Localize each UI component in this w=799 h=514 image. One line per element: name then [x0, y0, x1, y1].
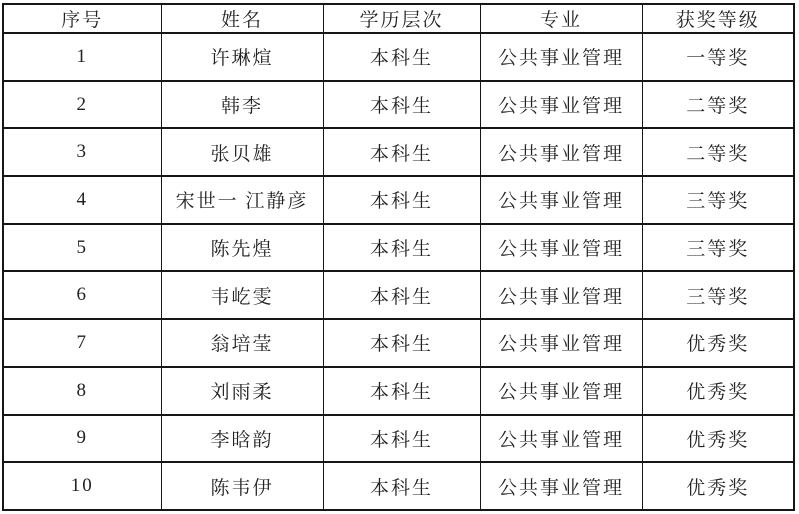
cell-award: 三等奖	[642, 176, 794, 224]
cell-degree: 本科生	[323, 128, 480, 176]
cell-major: 公共事业管理	[480, 128, 642, 176]
table-row: 1 许琳煊 本科生 公共事业管理 一等奖	[3, 33, 794, 81]
cell-index: 6	[3, 271, 161, 319]
cell-index: 10	[3, 462, 161, 510]
cell-name: 宋世一 江静彦	[161, 176, 323, 224]
cell-name: 李晗韵	[161, 415, 323, 463]
cell-index: 1	[3, 33, 161, 81]
cell-name: 韩李	[161, 81, 323, 129]
cell-name: 陈先煌	[161, 224, 323, 272]
cell-major: 公共事业管理	[480, 224, 642, 272]
cell-award: 三等奖	[642, 224, 794, 272]
cell-name: 翁培莹	[161, 319, 323, 367]
cell-degree: 本科生	[323, 462, 480, 510]
cell-index: 8	[3, 367, 161, 415]
cell-major: 公共事业管理	[480, 319, 642, 367]
header-row: 序号 姓名 学历层次 专业 获奖等级	[3, 4, 794, 33]
cell-degree: 本科生	[323, 81, 480, 129]
cell-major: 公共事业管理	[480, 415, 642, 463]
cell-name: 许琳煊	[161, 33, 323, 81]
cell-major: 公共事业管理	[480, 81, 642, 129]
cell-degree: 本科生	[323, 224, 480, 272]
table-row: 7 翁培莹 本科生 公共事业管理 优秀奖	[3, 319, 794, 367]
cell-name: 陈韦伊	[161, 462, 323, 510]
cell-major: 公共事业管理	[480, 367, 642, 415]
cell-major: 公共事业管理	[480, 271, 642, 319]
cell-major: 公共事业管理	[480, 462, 642, 510]
cell-degree: 本科生	[323, 33, 480, 81]
column-header-index: 序号	[3, 4, 161, 33]
cell-degree: 本科生	[323, 367, 480, 415]
cell-name: 刘雨柔	[161, 367, 323, 415]
cell-award: 二等奖	[642, 81, 794, 129]
cell-index: 4	[3, 176, 161, 224]
cell-degree: 本科生	[323, 415, 480, 463]
table-row: 8 刘雨柔 本科生 公共事业管理 优秀奖	[3, 367, 794, 415]
award-list-table: 序号 姓名 学历层次 专业 获奖等级 1 许琳煊 本科生 公共事业管理 一等奖 …	[2, 3, 795, 511]
cell-index: 9	[3, 415, 161, 463]
table-row: 10 陈韦伊 本科生 公共事业管理 优秀奖	[3, 462, 794, 510]
cell-award: 二等奖	[642, 128, 794, 176]
table-row: 4 宋世一 江静彦 本科生 公共事业管理 三等奖	[3, 176, 794, 224]
cell-name: 韦屹雯	[161, 271, 323, 319]
cell-award: 优秀奖	[642, 319, 794, 367]
table-row: 9 李晗韵 本科生 公共事业管理 优秀奖	[3, 415, 794, 463]
page: 序号 姓名 学历层次 专业 获奖等级 1 许琳煊 本科生 公共事业管理 一等奖 …	[0, 0, 799, 514]
cell-index: 5	[3, 224, 161, 272]
cell-degree: 本科生	[323, 319, 480, 367]
column-header-degree: 学历层次	[323, 4, 480, 33]
column-header-major: 专业	[480, 4, 642, 33]
cell-award: 一等奖	[642, 33, 794, 81]
cell-major: 公共事业管理	[480, 33, 642, 81]
cell-award: 优秀奖	[642, 367, 794, 415]
cell-index: 7	[3, 319, 161, 367]
table-row: 6 韦屹雯 本科生 公共事业管理 三等奖	[3, 271, 794, 319]
cell-degree: 本科生	[323, 176, 480, 224]
table-row: 3 张贝雄 本科生 公共事业管理 二等奖	[3, 128, 794, 176]
cell-award: 优秀奖	[642, 415, 794, 463]
cell-name: 张贝雄	[161, 128, 323, 176]
cell-index: 2	[3, 81, 161, 129]
cell-award: 三等奖	[642, 271, 794, 319]
table-row: 5 陈先煌 本科生 公共事业管理 三等奖	[3, 224, 794, 272]
column-header-award: 获奖等级	[642, 4, 794, 33]
column-header-name: 姓名	[161, 4, 323, 33]
cell-major: 公共事业管理	[480, 176, 642, 224]
table-row: 2 韩李 本科生 公共事业管理 二等奖	[3, 81, 794, 129]
cell-degree: 本科生	[323, 271, 480, 319]
cell-award: 优秀奖	[642, 462, 794, 510]
cell-index: 3	[3, 128, 161, 176]
